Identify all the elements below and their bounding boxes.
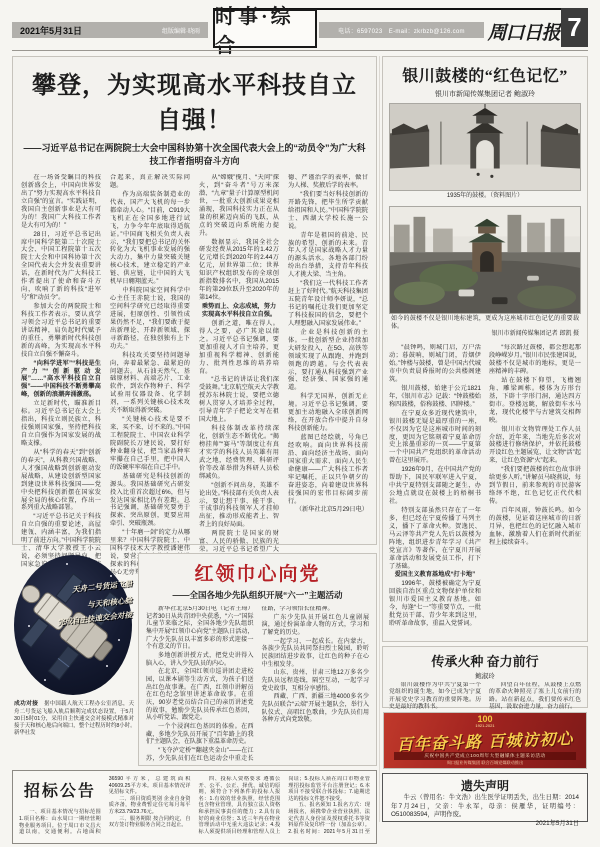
header-contact-bar: 电话：6597023 E-mail：zkrbzb@126.com xyxy=(319,22,484,38)
emblem-years: 1921-2021 xyxy=(475,724,494,728)
torch-title: 传承火种 奋力前行 xyxy=(389,651,581,670)
photo2-caption-text: 如今的鼓楼不仅是银川地标建筑，更成为这座城市红色记忆的重要载体。 xyxy=(391,316,579,330)
paragraph: 西藏、广西、新疆三地4000多名少先队员联合“云端”开展主题队会，举行入队仪式、… xyxy=(262,694,370,725)
header-date-bar: 2021年5月31日 组版编辑·晓雨 xyxy=(12,22,208,38)
layout-editor: 组版编辑·晓雨 xyxy=(162,26,200,35)
drum-tower-today-illustration xyxy=(390,207,580,313)
paragraph: “创新不问出身，英雄不论出处。”科技部有关负责人表示，要让想干事、能干事、干成事… xyxy=(199,482,279,530)
paragraph: 在宁夏众多近现代建筑中，银川鼓楼无疑是最厚重的一座，不仅因为它是这座城市时间的刻… xyxy=(389,410,481,466)
paragraph: “我们这一代科技工作者赶上了好时代。”航天科技集团五院青年设计师李妍说，“总书记… xyxy=(288,280,368,328)
paragraph: “我们要当好科技创新的开路先锋，把毕生所学贡献给祖国和人民。”中国科学院院士、西… xyxy=(288,191,368,231)
header-underline xyxy=(12,50,588,51)
paragraph: 科学无国界，创新无止境。习近平总书记强调，要更加主动地融入全球创新网络，在开放合… xyxy=(288,393,368,433)
paragraph: 蓝图已经绘就，号角已经吹响。面向世界科技前沿、面向经济主战场、面向国家重大需求、… xyxy=(288,434,368,505)
lost-notice-text: 牛云（曾用名：牛文浩）出生医学证明丢失，出生日期：2014年7月24日，父亲：牛… xyxy=(391,794,579,820)
paragraph: 科技攻关要坚持问题导向，奔着最紧急、最紧迫的问题去。从石油天然气、基础原材料、高… xyxy=(110,352,190,416)
pioneer-body: 新华社北京5月30日电（记者王琦）记者30日从共青团中央获悉，“六一”国际儿童节… xyxy=(146,606,369,768)
column-divider xyxy=(379,56,380,822)
lead-body: 在一场备受瞩目的科技创新盛会上，中国向世界发出了“努力实现高水平科技自立自强”的… xyxy=(21,174,368,582)
paragraph: 广东少先队员开展红色儿童剧展演，通过扮演革命人物的方式，学习和了解党的历史。 xyxy=(262,615,370,638)
paragraph: 一个个浸润红色基因的体验。在西藏，多地少先队员开展了“百年路上的我们”主题队会，… xyxy=(146,724,254,747)
drum-tower-photo-1935 xyxy=(389,103,581,191)
torch-body: 银川鼓楼作为中共宁夏第一个党组织的诞生地，如今已成为宁夏开展党史学习教育的重要阵… xyxy=(389,682,581,712)
drum-tower-1935-illustration xyxy=(390,104,580,190)
paragraph: 在北京，全国红领巾巡讲团走进校园，以课本剧等生动方式，为孩子们送出红色故事课。在… xyxy=(146,669,254,723)
lead-subhead: ——习近平总书记在两院院士大会中国科协第十次全国代表大会上的“动员令”为广大科技… xyxy=(23,141,366,167)
yinchuan-title: 银川鼓楼的“红色记忆” xyxy=(389,63,581,86)
paragraph: 立足新时代，瞄准新目标。习近平总书记在大会上指出，科技立则民族立，科技强则国家强… xyxy=(21,400,101,448)
space-docking-figure: 天舟二号货运飞船 与天和核心舱 完成自主快速交会对接 成功对接 据中国载人航天工… xyxy=(14,553,134,768)
paragraph: 作为高端装备制造业的代表，国产大飞机的每一步都牵动人心。“目前，C919大飞机正… xyxy=(110,191,190,286)
pioneer-article: 红领巾心向党 ——全国各地少先队组织开展“六一”主题活动 新华社北京5月30日电… xyxy=(138,553,377,766)
paragraph: “我们要把鼓楼的红色故事讲给更多人听。”讲解员马晓燕说，每到节假日，前来参观的市… xyxy=(489,466,581,506)
torch-byline: 鲍淑玲 xyxy=(389,671,581,680)
paragraph: 三、服务期限 按合同约定，自双方签订物业服务合同之日起止。 xyxy=(109,816,191,829)
issue-date: 2021年5月31日 xyxy=(20,24,82,37)
paragraph: “晨钟鸣，则城门启，万户活动；暮鼓响，则城门闭，青烟伊始。”钟楼与鼓楼，曾是中国… xyxy=(389,344,481,384)
anniversary-banner: 100 1921-2021 百年奋斗路 百城访初心 庆祝中国共产党成立100周年… xyxy=(383,712,587,769)
paragraph: 山东、贵州、甘肃三地12万多名少先队员远程连线，隔空互动，一起学习党史故事，互相… xyxy=(262,670,370,693)
torch-article: 传承火种 奋力前行 鲍淑玲 银川鼓楼作为中共宁夏第一个党组织的诞生地，如今已成为… xyxy=(382,646,588,708)
paragraph: 青年是祖国的前途、民族的希望、创新的未来。青年人才是国家战略人才力量的源头活水。… xyxy=(288,232,368,280)
newspaper-masthead: 周口日报 xyxy=(487,16,560,46)
yinchuan-byline: 银川市新闻传媒集团记者 鲍淑玲 xyxy=(389,89,581,99)
paragraph: “每次路过鼓楼，都会想起那段峥嵘岁月。”银川市民张建国说，鼓楼不仅是城市的地标，… xyxy=(489,344,581,376)
paragraph: 从“科学的春天”到“创新的春天”，从科教兴国战略、人才强国战略到创新驱动发展战略… xyxy=(21,449,101,513)
paragraph: 1996年，鼓楼被确定为宁夏回族自治区重点文物保护单位和银川市爱国主义教育基地。… xyxy=(389,580,481,628)
photo2-credit: 银川市新闻传媒集团记者 郎凯 摄 xyxy=(391,331,579,339)
paragraph: “向科学进军”“科技是生产力”“创新驱动发展”……“高水平科技自立自强”——中国… xyxy=(21,360,101,400)
yinchuan-body: “晨钟鸣，则城门启，万户活动；暮鼓响，则城门闭，青烟伊始。”钟楼与鼓楼，曾是中国… xyxy=(389,344,581,644)
lead-headline: 攀登，为实现高水平科技自立自强！ xyxy=(21,65,368,135)
lost-notice: 遗失声明 牛云（曾用名：牛文浩）出生医学证明丢失，出生日期：2014年7月24日… xyxy=(382,773,588,822)
section-title: 时事·综合 xyxy=(213,9,317,48)
drum-tower-photo-today xyxy=(389,206,581,314)
paragraph: 多地创新讲授方式，把党史讲得入脑入心，讲入少先队员的内心。 xyxy=(146,653,254,668)
paragraph: 新华社北京5月30日电（记者王琦）记者30日从共青团中央获悉，“六一”国际儿童节… xyxy=(146,606,254,652)
pioneer-title: 红领巾心向党 xyxy=(146,559,369,586)
paragraph: 乘势而上、众志成城，努力实现高水平科技自立自强。 xyxy=(199,303,279,319)
paragraph: 科技体制改革持续深化，创新生态不断优化。“揭榜挂帅”“赛马”等制度让有真才实学的… xyxy=(199,425,279,481)
paragraph: 特别支部虽然只存在了一年多，但已经在宁夏传播了马列主义，播下了革命火种。贺逸民、… xyxy=(389,507,481,571)
figure-caption-lead: 成功对接 xyxy=(14,701,44,707)
pioneer-subtitle: ——全国各地少先队组织开展“六一”主题活动 xyxy=(146,589,369,601)
centenary-emblem: 100 1921-2021 xyxy=(475,715,494,728)
paragraph: 1926年9月，在中国共产党的帮助下，国民军联军进入宁夏，中共宁夏特别支部随之诞… xyxy=(389,466,481,506)
paragraph: 基础研究是科技创新的源头。我国基础研究占研发投入比重首次超过6%，但与发达国家相… xyxy=(110,473,190,529)
paragraph: 二、项目资质类别 企业自身资质齐备，物业费暂定住宅每月每平方米23.79/23.… xyxy=(109,796,191,816)
banner-note: 周口报业传媒集团 联合百城党媒联动推出 xyxy=(384,760,586,766)
banner-slogan: 百年奋斗路 百城访初心 xyxy=(384,725,587,755)
paragraph: 创新之道，唯在得人。得人之要，必广其途以储之。习近平总书记强调，要更加重视人才自… xyxy=(199,320,279,376)
paragraph: 银川鼓楼作为中共宁夏第一个党组织的诞生地，如今已成为宁夏开展党史学习教育的重要阵… xyxy=(389,682,481,712)
paragraph: 百年风雨，钟鼓长鸣。如今的鼓楼，见证着这座城市的日新月异，也把红色的记忆融入城市… xyxy=(489,507,581,547)
paragraph: （新华社北京5月29日电） xyxy=(288,506,368,514)
lost-notice-date: 2021年5月31日 xyxy=(391,820,579,829)
paragraph: 站在鼓楼下仰望，飞檐翘角、雕梁画栋。楼体为方形台基，下辟十字形门洞，通达四方街市… xyxy=(489,377,581,425)
paragraph: 爱国主义教育基地成“打卡地” xyxy=(389,571,481,579)
paragraph: 回望百年征程，从鼓楼上点燃的革命火种照亮了塞上儿女前行的路。站在新起点，我们要传… xyxy=(489,682,581,712)
paragraph: 中科院国家空间科学中心主任王赤院士说，我国的空间科学研究已经取得重要进展，但原创… xyxy=(110,287,190,351)
paragraph: 银川鼓楼，始建于公元1821年，《银川市志》记载：“钟鼓楼始称四鼓楼，俗称鼓楼、… xyxy=(389,385,481,409)
paragraph: 从“嫦娥”揽月、“天问”探火，到“奋斗者”号万米深潜、“九章”量子计算原型机问世… xyxy=(199,174,279,238)
paragraph: “总书记的讲话让我们深受鼓舞。”北京航空航天大学教授苏东林院士说，要把立德树人贯… xyxy=(199,376,279,424)
photo2-caption: 如今的鼓楼不仅是银川地标建筑，更成为这座城市红色记忆的重要载体。 银川市新闻传媒… xyxy=(391,316,579,339)
tender-title: 招标公告 xyxy=(19,782,101,802)
paragraph: 参加大会的两院院士和科技工作者表示，要认真学习领会习近平总书记的重要讲话精神，肩… xyxy=(21,303,101,359)
tender-notice: 招标公告 一、项目基本情况与招标范围 1.项目名称：山水周口一期经营期物业服务项… xyxy=(12,770,377,844)
photo1-caption: 1935年的鼓楼。（资料图片） xyxy=(391,193,579,201)
yinchuan-article: 银川鼓楼的“红色记忆” 银川市新闻传媒集团记者 鲍淑玲 1935年的鼓楼。（资料… xyxy=(382,56,588,642)
paragraph: 一起学习、一起成长。在内蒙古，各族少先队员共同祭扫烈士陵园，聆听民族团结进步故事… xyxy=(262,639,370,670)
paragraph: 数据显示，我国全社会研发经费从2015年的1.42万亿元增长到2020年的2.4… xyxy=(199,239,279,303)
paragraph: “关键核心技术是要不来、买不来、讨不来的。”中国工程院院士、中国农业科学院副院长… xyxy=(110,416,190,472)
contact-info: 电话：6597023 E-mail：zkrbzb@126.com xyxy=(338,26,465,35)
page-number: 7 xyxy=(561,8,588,47)
lost-notice-title: 遗失声明 xyxy=(391,777,579,794)
paragraph: 28日，习近平总书记出席中国科学院第二十次院士大会、中国工程院第十五次院士大会和… xyxy=(21,231,101,302)
lead-article: 攀登，为实现高水平科技自立自强！ ——习近平总书记在两院院士大会中国科协第十次全… xyxy=(12,56,377,545)
paragraph: 在一场备受瞩目的科技创新盛会上，中国向世界发出了“努力实现高水平科技自立自强”的… xyxy=(21,174,101,230)
tender-body: 招标公告 一、项目基本情况与招标范围 1.项目名称：山水周口一期经营期物业服务项… xyxy=(19,776,370,838)
paragraph: 银川市文物管理处工作人员介绍，近年来，当地先后多次对鼓楼进行修缮保护，并依托鼓楼… xyxy=(489,426,581,466)
banner-subtitle: 庆祝中国共产党成立100周年大型融媒体主题采访活动 xyxy=(394,752,576,760)
paragraph: 企业是科技创新的主体。一批创新型企业持续加大研发投入，在5G、高铁等领域实现了从… xyxy=(288,329,368,393)
figure-caption: 成功对接 据中国载人航天工程办公室消息，天舟二号货运飞船入轨后顺利完成状态设置，… xyxy=(14,701,134,737)
